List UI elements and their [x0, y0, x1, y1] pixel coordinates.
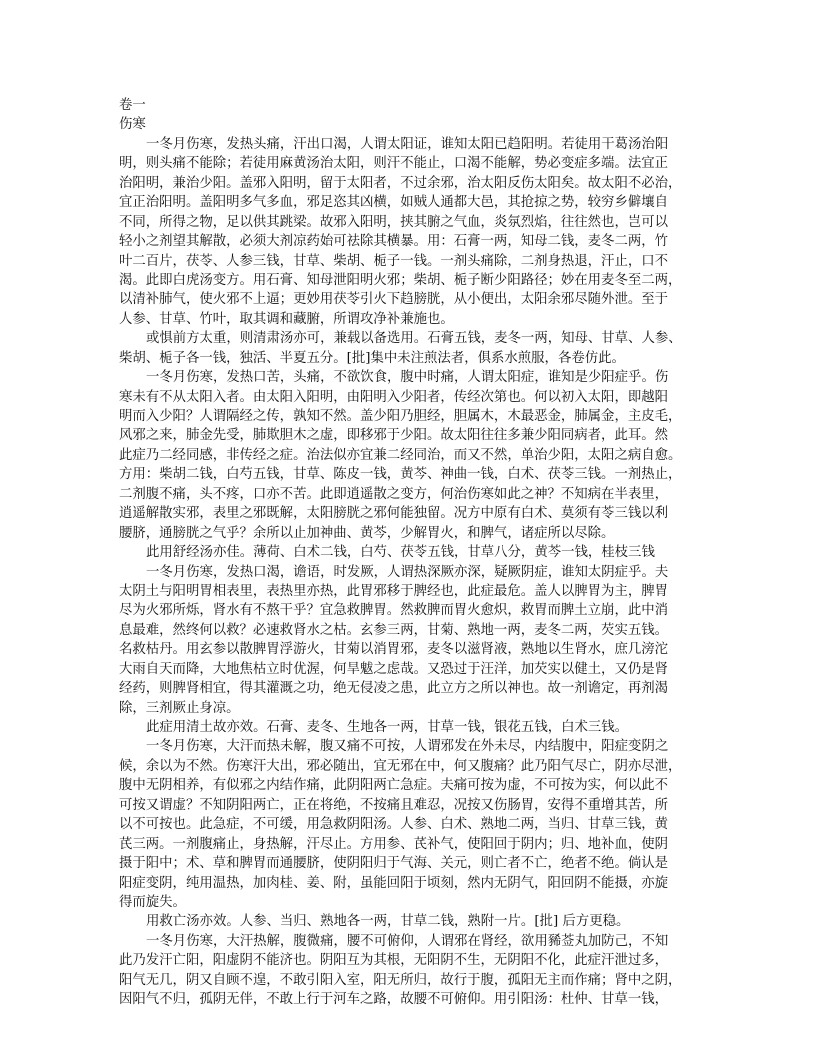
body-text: 一冬月伤寒，发热头痛，汗出口渴，人谓太阳证，谁知太阳已趋阳明。若徒用干葛汤治阳明…	[119, 135, 709, 1010]
text-line: 腰脐，通膀胱之气乎？余所以止加神曲、黄芩，少解胃火，和脾气，诸症所以尽除。	[119, 524, 709, 543]
text-line: 阳气无几，阴又自顾不遑，不敢引阳入室，阳无所归，故行于腹，孤阳无主而作痛；肾中之…	[119, 971, 709, 990]
text-line: 明，则头痛不能除；若徒用麻黄汤治太阳，则汗不能止，口渴不能解，势必变症多端。法宜…	[119, 154, 709, 173]
text-line: 明而入少阳？人谓隔经之传，孰知不然。盖少阳乃胆经，胆属木，木最恶金，肺属金，主皮…	[119, 407, 709, 426]
section-heading: 伤寒	[119, 115, 709, 134]
paragraph-start-line: 一冬月伤寒，大汗热解，腹微痛，腰不可俯仰，人谓邪在肾经，欲用豨莶丸加防己，不知	[119, 932, 709, 951]
paragraph-start-line: 一冬月伤寒，大汗而热未解，腹又痛不可按，人谓邪发在外未尽，内结腹中，阳症变阴之	[119, 737, 709, 756]
text-line: 宜正治阳明。盖阳明多气多血，邪足恣其凶横，如贼人通都大邑，其抢掠之势，较穷乡僻壤…	[119, 193, 709, 212]
text-line: 不同，所得之物，足以供其跳梁。故邪入阳明，挟其腑之气血，炎氛烈焰，往往然也，岂可…	[119, 213, 709, 232]
text-line: 因阳气不归，孤阴无伴，不敢上行于河车之路，故腰不可俯仰。用引阳汤：杜仲、甘草一钱…	[119, 990, 709, 1009]
text-line: 以不可按也。此急症，不可缓，用急救阴阳汤。人参、白术、熟地二两，当归、甘草三钱，…	[119, 815, 709, 834]
paragraph-start-line: 用救亡汤亦效。人参、当归、熟地各一两，甘草二钱，熟附一片。[批] 后方更稳。	[119, 912, 709, 931]
volume-heading: 卷一	[119, 96, 709, 115]
text-line: 除，三剂厥止身凉。	[119, 699, 709, 718]
text-line: 二剂腹不痛，头不疼，口亦不苦。此即逍遥散之变方，何治伤寒如此之神？不知病在半表里…	[119, 485, 709, 504]
text-line: 阳症变阴，纯用温热，加肉桂、姜、附，虽能回阳于顷刻，然内无阴气，阳回阴不能摄，亦…	[119, 874, 709, 893]
paragraph-start-line: 一冬月伤寒，发热头痛，汗出口渴，人谓太阳证，谁知太阳已趋阳明。若徒用干葛汤治阳	[119, 135, 709, 154]
text-line: 此症乃二经同感，非传经之症。治法似亦宜兼二经同治，而又不然，单治少阳，太阳之病自…	[119, 446, 709, 465]
document-page: 卷一 伤寒 一冬月伤寒，发热头痛，汗出口渴，人谓太阳证，谁知太阳已趋阳明。若徒用…	[119, 96, 709, 1010]
text-line: 名救枯丹。用玄参以散脾胃浮游火，甘菊以消胃邪，麦冬以滋肾液，熟地以生肾水，庶几滂…	[119, 640, 709, 659]
text-line: 轻小之剂望其解散，必须大剂凉药始可祛除其横暴。用：石膏一两，知母二钱，麦冬二两，…	[119, 232, 709, 251]
paragraph-start-line: 此症用清土故亦效。石膏、麦冬、生地各一两，甘草一钱，银花五钱，白术三钱。	[119, 718, 709, 737]
text-line: 柴胡、栀子各一钱，独活、半夏五分。[批]集中未注煎法者，俱系水煎服，各卷仿此。	[119, 349, 709, 368]
text-line: 方用：柴胡二钱，白芍五钱，甘草、陈皮一钱，黄芩、神曲一钱，白术、茯苓三钱。一剂热…	[119, 465, 709, 484]
text-line: 可按又谓虚？不知阴阳两亡，正在将绝，不按痛且难忍，况按又伤肠胃，安得不重增其苦，…	[119, 796, 709, 815]
text-line: 太阴土与阳明胃相表里，表热里亦热，此胃邪移于脾经也，此症最危。盖人以脾胃为主，脾…	[119, 582, 709, 601]
text-line: 叶二百片，茯苓、人参三钱，甘草、柴胡、栀子一钱。一剂头痛除，二剂身热退，汗止，口…	[119, 252, 709, 271]
paragraph-start-line: 此用舒经汤亦佳。薄荷、白术二钱，白芍、茯苓五钱，甘草八分，黄芩一钱，桂枝三钱	[119, 543, 709, 562]
text-line: 治阳明，兼治少阳。盖邪入阳明，留于太阳者，不过余邪，治太阳反伤太阳矣。故太阳不必…	[119, 174, 709, 193]
paragraph-start-line: 一冬月伤寒，发热口苦，头痛，不欲饮食，腹中时痛，人谓太阳症，谁知是少阳症乎。伤	[119, 368, 709, 387]
text-line: 以清补肺气，使火邪不上逼；更妙用茯苓引火下趋膀胱，从小便出，太阳余邪尽随外泄。至…	[119, 290, 709, 309]
paragraph-start-line: 或惧前方太重，则清肃汤亦可，兼载以备选用。石膏五钱，麦冬一两，知母、甘草、人参、	[119, 329, 709, 348]
text-line: 渴。此即白虎汤变方。用石膏、知母泄阳明火邪；柴胡、栀子断少阳路径；妙在用麦冬至二…	[119, 271, 709, 290]
text-line: 息最难，然终何以救？必速救肾水之枯。玄参三两，甘菊、熟地一两，麦冬二两，芡实五钱…	[119, 621, 709, 640]
text-line: 大雨自天而降，大地焦枯立时优渥，何旱魃之虑哉。又恐过于汪洋，加芡实以健土，又仍是…	[119, 660, 709, 679]
text-line: 风邪之来，肺金先受，肺欺胆木之虚，即移邪于少阳。故太阳往往多兼少阳同病者，此耳。…	[119, 426, 709, 445]
paragraph-start-line: 一冬月伤寒，发热口渴，谵语，时发厥，人谓热深厥亦深，疑厥阴症，谁知太阴症乎。夫	[119, 563, 709, 582]
text-line: 人参、甘草、竹叶，取其调和藏腑，所谓攻净补兼施也。	[119, 310, 709, 329]
text-line: 尽为火邪所烁，肾水有不熬干乎？宜急救脾胃。然救脾而胃火愈炽，救胃而脾土立崩，此中…	[119, 601, 709, 620]
text-line: 腹中无阴相养，有似邪之内结作痛，此阴阳两亡急症。夫痛可按为虚，不可按为实，何以此…	[119, 776, 709, 795]
text-line: 寒未有不从太阳入者。由太阳入阳明，由阳明入少阳者，传经次第也。何以初入太阳，即越…	[119, 388, 709, 407]
text-line: 得而旋失。	[119, 893, 709, 912]
text-line: 经药，则脾肾相宜，得其灌溉之功，绝无侵凌之患，此立方之所以神也。故一剂谵定，再剂…	[119, 679, 709, 698]
text-line: 摄于阳中；术、草和脾胃而通腰脐，使阴阳归于气海、关元，则亡者不亡，绝者不绝。倘认…	[119, 854, 709, 873]
text-line: 此乃发汗亡阳，阳虚阴不能济也。阴阳互为其根，无阳阴不生，无阴阳不化，此症汗泄过多…	[119, 951, 709, 970]
text-line: 逍遥解散实邪，表里之邪既解，太阳膀胱之邪何能独留。况方中原有白术、莫须有苓三钱以…	[119, 504, 709, 523]
text-line: 芪三两。一剂腹痛止，身热解，汗尽止。方用参、芪补气，使阳回于阴内；归、地补血，使…	[119, 835, 709, 854]
text-line: 候，余以为不然。伤寒汗大出，邪必随出，宜无邪在中，何又腹痛？此乃阳气尽亡，阴亦尽…	[119, 757, 709, 776]
